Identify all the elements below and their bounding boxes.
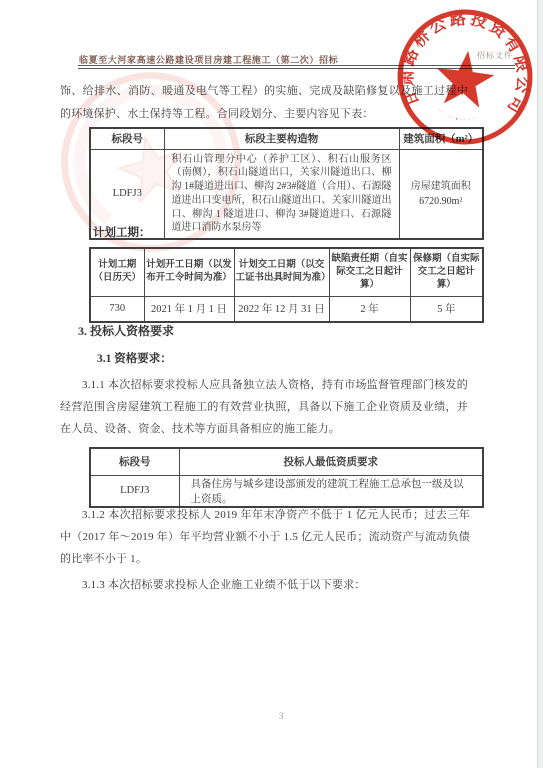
table-row: LDFJ3 具备住房与城乡建设部颁发的建筑工程施工总承包一级及以上资质。 — [90, 475, 483, 507]
table-header-row: 标段号 投标人最低资质要求 — [90, 448, 483, 475]
qualification-table: 标段号 投标人最低资质要求 LDFJ3 具备住房与城乡建设部颁发的建筑工程施工总… — [89, 447, 484, 508]
cell-area: 房屋建筑面积 6720.90m² — [399, 149, 483, 239]
header-cell-start-date: 计划开工日期（以发布开工令时间为准） — [144, 248, 234, 296]
schedule-table: 计划工期（日历天） 计划开工日期（以发布开工令时间为准） 计划交工日期（以交工证… — [89, 247, 484, 323]
subsection-heading: 3.1 资格要求： — [97, 350, 172, 366]
header-cell-duration: 计划工期（日历天） — [90, 248, 144, 296]
cell-start-date: 2021 年 1 月 1 日 — [144, 296, 234, 322]
document-page: 临夏至大河家高速公路建设项目房建工程施工（第二次）招标 招标文件 饰、给排水、消… — [0, 0, 543, 768]
svg-text:·· · ·· ▪ ·· · ··: ·· · ·· ▪ ·· · ·· — [435, 107, 479, 125]
section-heading: 3. 投标人资格要求 — [78, 322, 174, 339]
page-edge-shadow — [537, 0, 543, 768]
cell-min-qualification: 具备住房与城乡建设部颁发的建筑工程施工总承包一级及以上资质。 — [179, 475, 483, 507]
cell-section-id: LDFJ3 — [90, 475, 179, 507]
paragraph-3-1-1: 3.1.1 本次招标要求投标人应具备独立法人资格，持有市场监督管理部门核发的经营… — [60, 374, 468, 440]
cell-duration: 730 — [90, 296, 144, 322]
header-cell-section-id: 标段号 — [90, 128, 164, 149]
page-number: 3 — [279, 711, 284, 721]
header-cell-min-qualification: 投标人最低资质要求 — [179, 448, 483, 475]
seal-band-dots: ·· · ·· ▪ ·· · ·· — [435, 107, 479, 125]
header-cell-structures: 标段主要构造物 — [164, 128, 399, 149]
company-seal-icon: 甘肃路桥公路投资有限公司 ·· · ·· ▪ ·· · ·· — [386, 0, 543, 156]
cell-completion-date: 2022 年 12 月 31 日 — [234, 296, 329, 322]
header-cell-section-id: 标段号 — [90, 448, 179, 475]
cell-defect-period: 2 年 — [329, 296, 410, 322]
area-value: 6720.90m² — [400, 194, 483, 209]
cell-structures: 积石山管理分中心（养护工区）、积石山服务区（南侧），积石山隧道出口，关家川隧道出… — [164, 149, 399, 239]
cell-warranty: 5 年 — [410, 296, 483, 322]
table-row: 730 2021 年 1 月 1 日 2022 年 12 月 31 日 2 年 … — [90, 296, 483, 322]
header-cell-defect-period: 缺陷责任期（自实际交工之日起计算） — [329, 248, 410, 296]
header-cell-completion-date: 计划交工日期（以交工证书出具时间为准） — [234, 248, 329, 296]
paragraph-3-1-3: 3.1.3 本次招标要求投标人企业施工业绩不低于以下要求： — [60, 574, 468, 596]
schedule-label: 计划工期： — [93, 224, 151, 240]
table-header-row: 计划工期（日历天） 计划开工日期（以发布开工令时间为准） 计划交工日期（以交工证… — [90, 248, 483, 296]
area-name: 房屋建筑面积 — [400, 179, 483, 194]
header-cell-warranty: 保修期（自实际交工之日起计算） — [410, 248, 483, 296]
paragraph-3-1-2: 3.1.2 本次招标要求投标人 2019 年年末净资产不低于 1 亿元人民币；过… — [60, 504, 470, 570]
